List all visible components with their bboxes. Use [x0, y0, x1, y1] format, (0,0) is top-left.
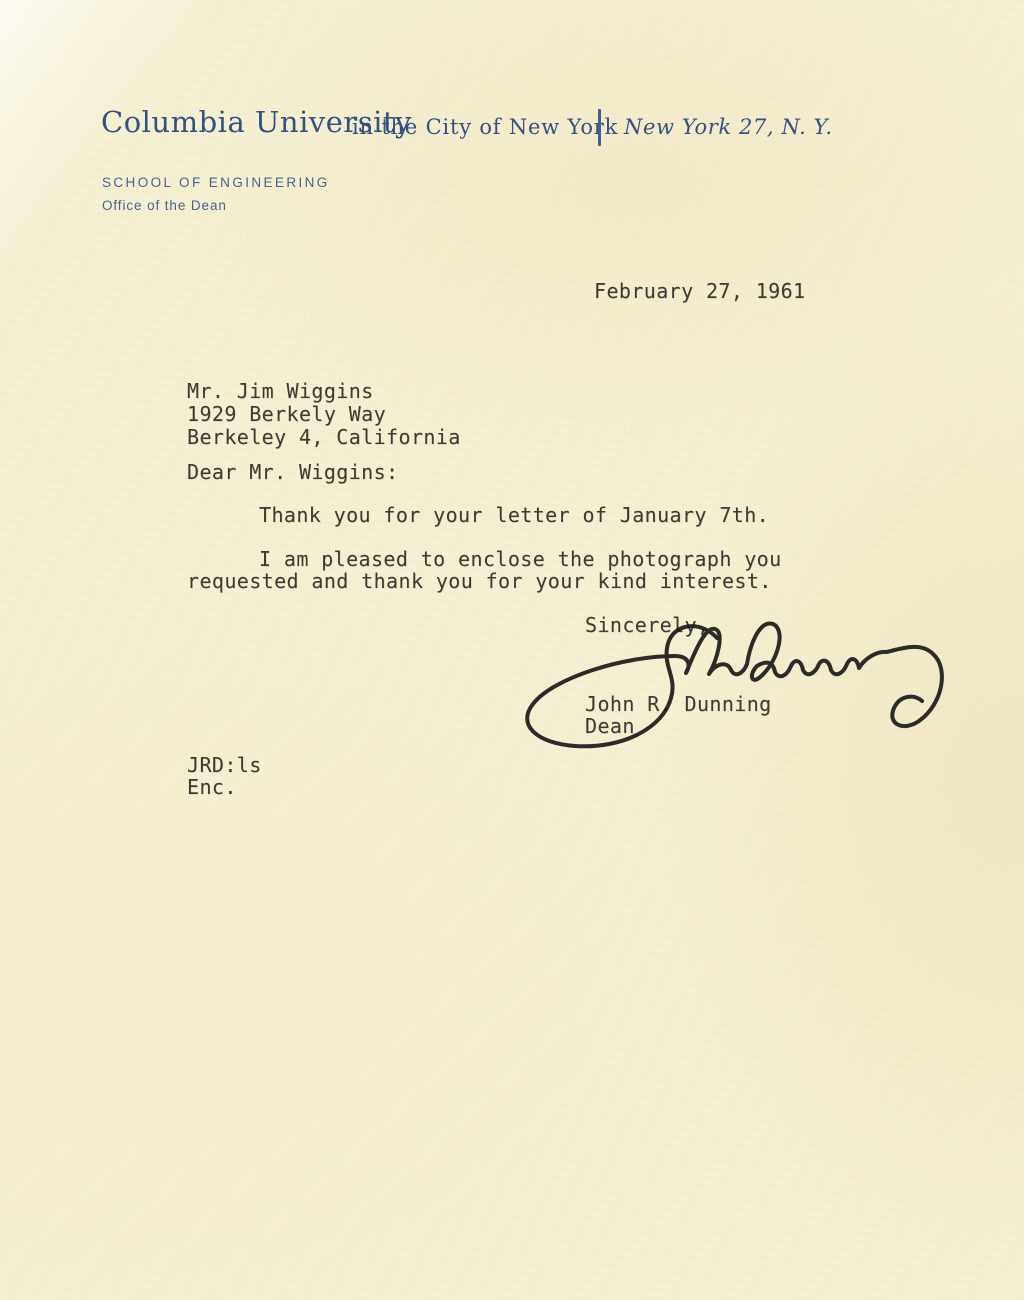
recipient-address-block: Mr. Jim Wiggins 1929 Berkely Way Berkele…: [187, 380, 461, 449]
body-paragraph-1: Thank you for your letter of January 7th…: [187, 505, 837, 527]
enclosure-note: Enc.: [187, 776, 237, 799]
typist-reference: JRD:ls: [187, 754, 262, 777]
recipient-name: Mr. Jim Wiggins: [187, 380, 461, 403]
scanned-letter-page: Columbia University in the City of New Y…: [0, 0, 1024, 1300]
letterhead-postal-address: New York 27, N. Y.: [624, 115, 833, 139]
letterhead-department: SCHOOL OF ENGINEERING: [102, 175, 330, 191]
letterhead-city-line: in the City of New York: [352, 115, 618, 139]
letter-date: February 27, 1961: [594, 280, 806, 303]
recipient-street: 1929 Berkely Way: [187, 403, 461, 426]
letterhead-office: Office of the Dean: [102, 198, 227, 214]
salutation: Dear Mr. Wiggins:: [187, 461, 399, 484]
letterhead-separator-bar: [598, 109, 601, 146]
body-paragraph-2: I am pleased to enclose the photograph y…: [187, 549, 837, 592]
recipient-city: Berkeley 4, California: [187, 426, 461, 449]
signature-handwriting: [505, 616, 950, 756]
